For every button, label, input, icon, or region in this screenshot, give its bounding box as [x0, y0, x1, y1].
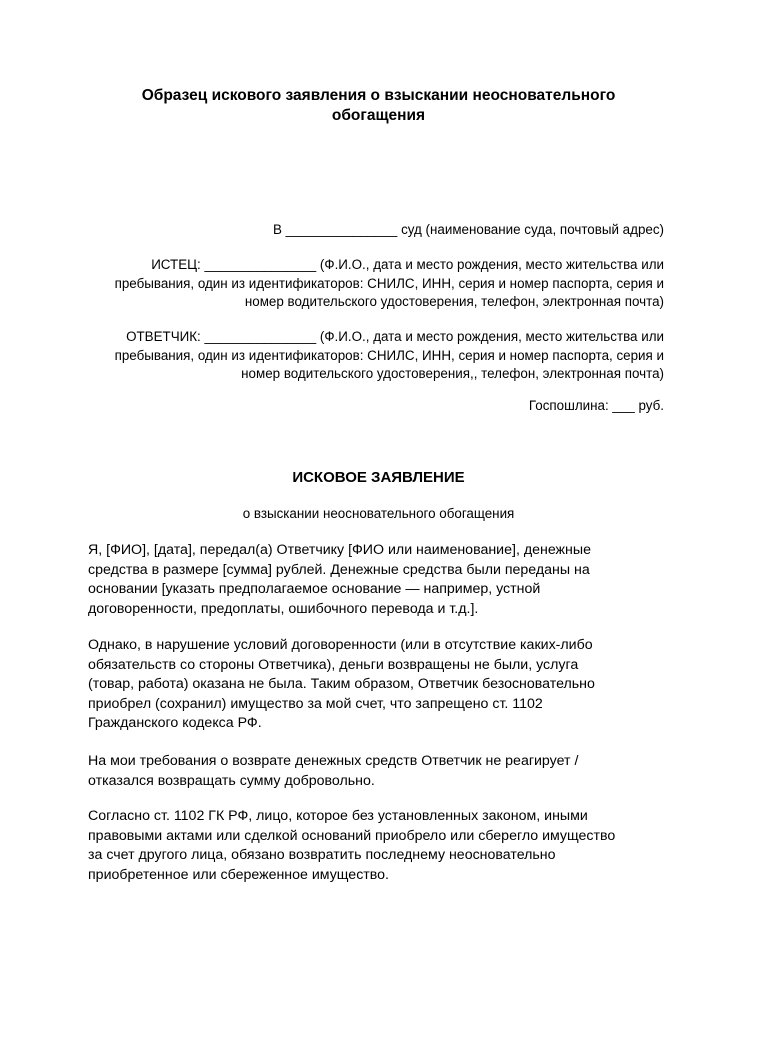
- document-title-line: Образец искового заявления о взыскании н…: [90, 86, 667, 106]
- body-paragraph: На мои требования о возврате денежных ср…: [88, 752, 668, 791]
- body-paragraph: Я, [ФИО], [дата], передал(а) Ответчику […: [88, 541, 668, 619]
- state-fee-line: Госпошлина: ___ руб.: [80, 397, 664, 416]
- paragraph-line: приобрел (сохранил) имущество за мой сче…: [88, 695, 668, 715]
- state-fee-field: Госпошлина: ___ руб.: [80, 397, 664, 416]
- paragraph-line: Я, [ФИО], [дата], передал(а) Ответчику […: [88, 541, 668, 561]
- paragraph-line: (товар, работа) оказана не была. Таким о…: [88, 675, 668, 695]
- court-field: В _______________ суд (наименование суда…: [80, 221, 664, 240]
- paragraph-line: правовыми актами или сделкой оснований п…: [88, 827, 668, 847]
- paragraph-line: На мои требования о возврате денежных ср…: [88, 752, 668, 772]
- plaintiff-field: ИСТЕЦ: _______________ (Ф.И.О., дата и м…: [80, 256, 664, 312]
- paragraph-line: Гражданского кодекса РФ.: [88, 714, 668, 734]
- document-page: Образец искового заявления о взыскании н…: [0, 0, 757, 1061]
- court-line: В _______________ суд (наименование суда…: [80, 221, 664, 240]
- paragraph-line: Согласно ст. 1102 ГК РФ, лицо, которое б…: [88, 807, 668, 827]
- plaintiff-line: номер водительского удостоверения, телеф…: [80, 293, 664, 312]
- paragraph-line: договоренности, предоплаты, ошибочного п…: [88, 600, 668, 620]
- claim-subtitle: о взыскании неосновательного обогащения: [80, 505, 677, 523]
- paragraph-line: обязательств со стороны Ответчика), день…: [88, 656, 668, 676]
- document-title-line: обогащения: [90, 106, 667, 126]
- plaintiff-line: ИСТЕЦ: _______________ (Ф.И.О., дата и м…: [80, 256, 664, 275]
- paragraph-line: Однако, в нарушение условий договореннос…: [88, 636, 668, 656]
- plaintiff-line: пребывания, один из идентификаторов: СНИ…: [80, 275, 664, 294]
- defendant-line: ОТВЕТЧИК: _______________ (Ф.И.О., дата …: [80, 328, 664, 347]
- paragraph-line: за счет другого лица, обязано возвратить…: [88, 846, 668, 866]
- paragraph-line: приобретенное или сбереженное имущество.: [88, 866, 668, 886]
- defendant-line: пребывания, один из идентификаторов: СНИ…: [80, 347, 664, 366]
- defendant-field: ОТВЕТЧИК: _______________ (Ф.И.О., дата …: [80, 328, 664, 384]
- document-title: Образец искового заявления о взыскании н…: [90, 86, 667, 126]
- paragraph-line: средства в размере [сумма] рублей. Денеж…: [88, 561, 668, 581]
- defendant-line: номер водительского удостоверения,, теле…: [80, 365, 664, 384]
- paragraph-line: отказался возвращать сумму добровольно.: [88, 772, 668, 792]
- claim-title: ИСКОВОЕ ЗАЯВЛЕНИЕ: [80, 468, 677, 488]
- body-paragraph: Согласно ст. 1102 ГК РФ, лицо, которое б…: [88, 807, 668, 885]
- paragraph-line: основании [указать предполагаемое основа…: [88, 580, 668, 600]
- body-paragraph: Однако, в нарушение условий договореннос…: [88, 636, 668, 734]
